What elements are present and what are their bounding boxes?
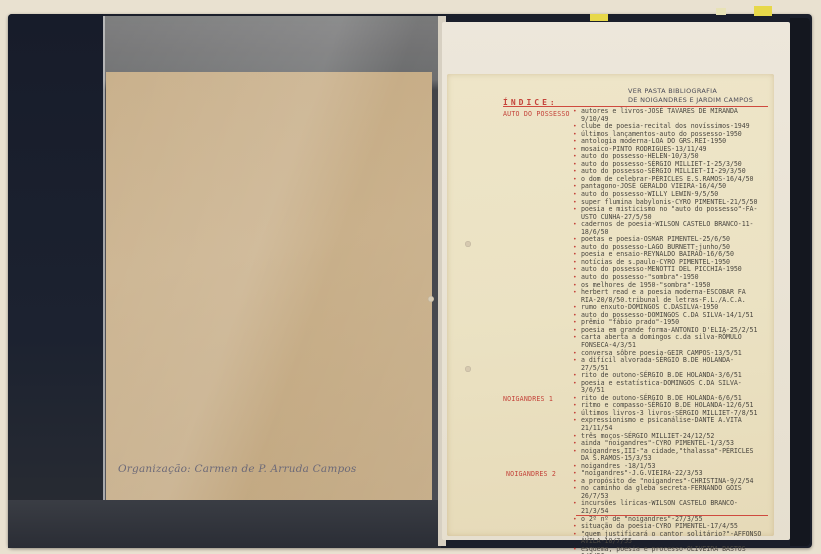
index-entries-list: autores e livros-JOSÉ TAVARES DE MIRANDA… [573, 108, 777, 554]
annotation-line: DE NOIGANDRES E JARDIM CAMPOS [628, 96, 753, 105]
folder-bottom-flap [8, 500, 441, 548]
punch-hole [465, 366, 471, 372]
index-tab-yellow[interactable] [754, 6, 772, 16]
handwritten-annotation: VER PASTA BIBLIOGRAFIA DE NOIGANDRES E J… [628, 87, 753, 105]
folder-left-cover [8, 14, 103, 548]
section-label-noigandres-1: NOIGANDRES 1 [503, 395, 553, 403]
section-label-noigandres-2: NOIGANDRES 2 [506, 470, 556, 478]
section-label-auto-do-possesso: AUTO DO POSSESSO [503, 110, 570, 118]
index-tab-pale[interactable] [716, 8, 726, 15]
punch-hole [428, 296, 434, 302]
annotation-line: VER PASTA BIBLIOGRAFIA [628, 87, 753, 96]
handwritten-credit: Organização: Carmen de P. Arruda Campos [118, 463, 418, 475]
folder-right-cover [790, 18, 810, 546]
index-tab-yellow[interactable] [590, 14, 608, 21]
brown-cover-page [106, 72, 432, 524]
punch-hole [465, 241, 471, 247]
red-bottom-rule [576, 515, 768, 516]
